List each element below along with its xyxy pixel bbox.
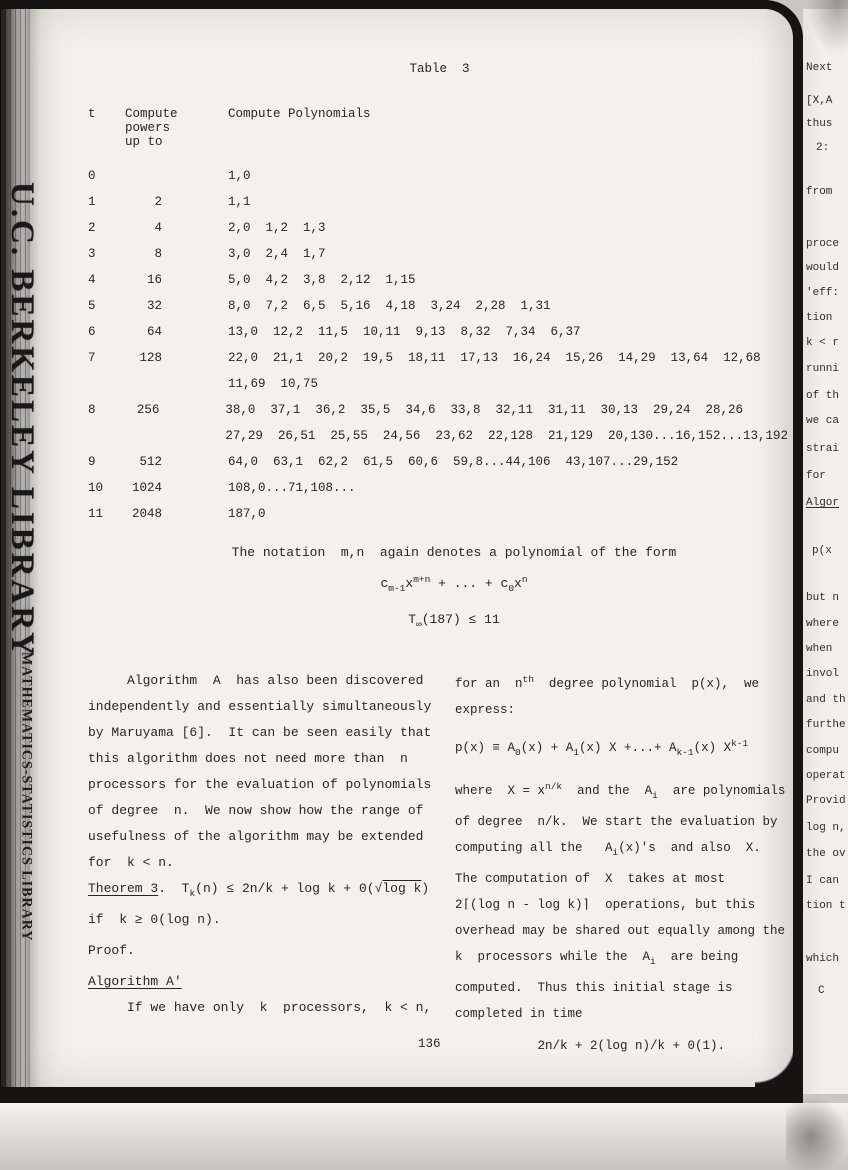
poly-line: 13,0 12,2 11,5 10,11 9,13 8,32 7,34 6,37 <box>228 319 581 345</box>
cell-polynomials: 8,0 7,2 6,5 5,16 4,18 3,24 2,28 1,31 <box>228 293 551 319</box>
cell-t: 6 <box>88 319 122 345</box>
text-line: processors for the evaluation of polynom… <box>88 772 483 798</box>
bottom-black-band <box>0 1087 803 1103</box>
poly-line: 38,0 37,1 36,2 35,5 34,6 33,8 32,11 31,1… <box>225 397 788 423</box>
table-row: 11 2048 187,0 <box>88 501 788 527</box>
cell-polynomials: 187,0 <box>228 501 266 527</box>
cell-polynomials: 5,0 4,2 3,8 2,12 1,15 <box>228 267 416 293</box>
table-row: 3 8 3,0 2,4 1,7 <box>88 241 788 267</box>
next-page-fragment: of th <box>806 390 839 402</box>
cell-t: 5 <box>88 293 122 319</box>
table-row: 4 16 5,0 4,2 3,8 2,12 1,15 <box>88 267 788 293</box>
table-row: 7 128 22,0 21,1 20,2 19,5 18,11 17,13 16… <box>88 345 788 397</box>
cell-polynomials: 3,0 2,4 1,7 <box>228 241 326 267</box>
next-page-fragment: which <box>806 953 839 965</box>
text-line: k processors while the Ai are being <box>455 944 815 975</box>
cell-powers: 4 <box>122 215 162 241</box>
text-line: 2⌈(log n - log k)⌉ operations, but this <box>455 892 815 918</box>
scanned-page: Table 3 t Compute powers up to Compute P… <box>30 9 793 1087</box>
next-page-fragment: I can <box>806 875 839 887</box>
cell-polynomials: 38,0 37,1 36,2 35,5 34,6 33,8 32,11 31,1… <box>225 397 788 449</box>
text-line: usefulness of the algorithm may be exten… <box>88 824 483 850</box>
next-page-fragment: thus <box>806 118 832 130</box>
next-page-fragment: for <box>806 470 826 482</box>
header-line: powers <box>125 121 165 135</box>
right-column: for an nth degree polynomial p(x), we ex… <box>455 667 815 1059</box>
poly-line: 5,0 4,2 3,8 2,12 1,15 <box>228 267 416 293</box>
cell-t: 7 <box>88 345 122 397</box>
next-page-fragment: tion <box>806 312 832 324</box>
cell-powers: 32 <box>122 293 162 319</box>
cell-t: 0 <box>88 163 122 189</box>
next-page-fragment: p(x <box>812 545 832 557</box>
poly-line: 27,29 26,51 25,55 24,56 23,62 22,128 21,… <box>225 423 788 449</box>
next-page-fragment: Provid <box>806 795 846 807</box>
proof-label: Proof. <box>88 938 483 964</box>
text-line: computing all the Ai(x)'s and also X. <box>455 835 815 866</box>
cell-polynomials: 13,0 12,2 11,5 10,11 9,13 8,32 7,34 6,37 <box>228 319 581 345</box>
next-page-fragment: proce <box>806 238 839 250</box>
cell-polynomials: 108,0...71,108... <box>228 475 356 501</box>
next-page-fragment: we ca <box>806 415 839 427</box>
next-page-fragment: would <box>806 262 839 274</box>
cell-polynomials: 2,0 1,2 1,3 <box>228 215 326 241</box>
cell-powers: 128 <box>122 345 162 397</box>
poly-line: 1,0 <box>228 163 251 189</box>
next-page-fragment: runni <box>806 363 839 375</box>
cell-t: 9 <box>88 449 122 475</box>
cell-t: 2 <box>88 215 122 241</box>
poly-line: 108,0...71,108... <box>228 475 356 501</box>
header-compute-polynomials: Compute Polynomials <box>228 107 371 121</box>
powers-table: t Compute powers up to Compute Polynomia… <box>88 107 788 527</box>
next-page-fragment: compu <box>806 745 839 757</box>
table-row: 6 64 13,0 12,2 11,5 10,11 9,13 8,32 7,34… <box>88 319 788 345</box>
text-line: this algorithm does not need more than n <box>88 746 483 772</box>
next-page-fragment: when <box>806 643 832 655</box>
poly-line: 2,0 1,2 1,3 <box>228 215 326 241</box>
poly-line: 1,1 <box>228 189 251 215</box>
next-page-fragment: invol <box>806 668 839 680</box>
table-title: Table 3 <box>58 62 821 76</box>
corner-smudge <box>806 0 848 54</box>
text-line: overhead may be shared out equally among… <box>455 918 815 944</box>
polynomial-form-formula: cm-1xm+n + ... + c0xn <box>115 574 793 594</box>
text-line: express: <box>455 697 815 723</box>
cell-polynomials: 22,0 21,1 20,2 19,5 18,11 17,13 16,24 15… <box>228 345 761 397</box>
text-line: If we have only k processors, k < n, <box>88 995 483 1021</box>
next-page-fragment: tion t <box>806 900 846 912</box>
cell-powers: 2 <box>122 189 162 215</box>
p-of-x-formula: p(x) ≡ A0(x) + A1(x) X +...+ Ak-1(x) Xk-… <box>455 731 815 766</box>
notation-intro: The notation m,n again denotes a polynom… <box>115 545 793 560</box>
cell-polynomials: 64,0 63,1 62,2 61,5 60,6 59,8...44,106 4… <box>228 449 678 475</box>
header-t: t <box>88 107 122 121</box>
page-number: 136 <box>418 1037 441 1051</box>
bottom-smudge <box>786 1096 848 1170</box>
cell-t: 10 <box>88 475 122 501</box>
cell-polynomials: 1,1 <box>228 189 251 215</box>
cell-powers: 2048 <box>122 501 162 527</box>
algorithm-a-prime-heading: Algorithm A' <box>88 969 483 995</box>
next-page-fragment: the ov <box>806 848 846 860</box>
text-line: Algorithm A has also been discovered <box>88 668 483 694</box>
next-page-fragment: operat <box>806 770 846 782</box>
header-compute-powers: Compute powers up to <box>122 107 165 149</box>
poly-line: 11,69 10,75 <box>228 371 761 397</box>
text-line: for an nth degree polynomial p(x), we <box>455 667 815 697</box>
next-page-strip: Next [X,A thus 2: from proce would 'eff:… <box>803 9 848 1094</box>
cell-t: 4 <box>88 267 122 293</box>
cell-powers: 256 <box>121 397 160 449</box>
spine-text-berkeley: U.C. BERKELEY LIBRARY <box>3 182 40 659</box>
notation-block: The notation m,n again denotes a polynom… <box>115 545 793 630</box>
cell-powers: 512 <box>122 449 162 475</box>
text-line: independently and essentially simultaneo… <box>88 694 483 720</box>
t-infinity-bound-formula: T∞(187) ≤ 11 <box>115 612 793 630</box>
next-page-fragment: from <box>806 186 832 198</box>
next-page-fragment: 'eff: <box>806 287 839 299</box>
next-page-fragment: k < r <box>806 337 839 349</box>
next-page-fragment: and th <box>806 694 846 706</box>
cell-powers: 1024 <box>122 475 162 501</box>
next-page-fragment: Next <box>806 62 832 74</box>
next-page-fragment: log n, <box>806 822 846 834</box>
poly-line: 8,0 7,2 6,5 5,16 4,18 3,24 2,28 1,31 <box>228 293 551 319</box>
table-row: 2 4 2,0 1,2 1,3 <box>88 215 788 241</box>
table-row: 9 512 64,0 63,1 62,2 61,5 60,6 59,8...44… <box>88 449 788 475</box>
text-line: for k < n. <box>88 850 483 876</box>
poly-line: 3,0 2,4 1,7 <box>228 241 326 267</box>
text-line: by Maruyama [6]. It can be seen easily t… <box>88 720 483 746</box>
cell-powers: 8 <box>122 241 162 267</box>
next-page-fragment: strai <box>806 443 839 455</box>
table-row: 5 32 8,0 7,2 6,5 5,16 4,18 3,24 2,28 1,3… <box>88 293 788 319</box>
poly-line: 64,0 63,1 62,2 61,5 60,6 59,8...44,106 4… <box>228 449 678 475</box>
text-line: completed in time <box>455 1001 815 1027</box>
cell-powers: 64 <box>122 319 162 345</box>
cell-t: 8 <box>88 397 121 449</box>
table-row: 10 1024 108,0...71,108... <box>88 475 788 501</box>
text-line: of degree n/k. We start the evaluation b… <box>455 809 815 835</box>
table-row: 8 256 38,0 37,1 36,2 35,5 34,6 33,8 32,1… <box>88 397 788 449</box>
scan-background-lower <box>0 1103 848 1170</box>
left-column: Algorithm A has also been discovered ind… <box>88 668 483 1021</box>
poly-line: 22,0 21,1 20,2 19,5 18,11 17,13 16,24 15… <box>228 345 761 371</box>
gutter-flare <box>755 1043 793 1087</box>
next-page-fragment: where <box>806 618 839 630</box>
text-line: computed. Thus this initial stage is <box>455 975 815 1001</box>
cell-t: 3 <box>88 241 122 267</box>
header-line: up to <box>125 135 165 149</box>
table-row: 1 2 1,1 <box>88 189 788 215</box>
spine-text-math-stats: MATHEMATICS-STATISTICS LIBRARY <box>17 652 34 941</box>
text-line: where X = xn/k and the Ai are polynomial… <box>455 774 815 809</box>
cell-t: 1 <box>88 189 122 215</box>
book-scan: U.C. BERKELEY LIBRARY MATHEMATICS-STATIS… <box>0 0 848 1170</box>
cell-t: 11 <box>88 501 122 527</box>
cell-powers: 16 <box>122 267 162 293</box>
table-header: t Compute powers up to Compute Polynomia… <box>88 107 788 149</box>
cell-powers <box>122 163 162 189</box>
text-line: if k ≥ 0(log n). <box>88 907 483 933</box>
next-page-fragment: but n <box>806 592 839 604</box>
text-line: The computation of X takes at most <box>455 866 815 892</box>
theorem-3-line: Theorem 3. Tk(n) ≤ 2n/k + log k + 0(√log… <box>88 876 483 907</box>
next-page-fragment: C <box>818 985 825 997</box>
next-page-fragment: Algor <box>806 497 839 509</box>
next-page-fragment: 2: <box>816 142 829 154</box>
table-row: 0 1,0 <box>88 163 788 189</box>
poly-line: 187,0 <box>228 501 266 527</box>
next-page-fragment: [X,A <box>806 95 832 107</box>
header-line: Compute <box>125 107 165 121</box>
text-line: of degree n. We now show how the range o… <box>88 798 483 824</box>
cell-polynomials: 1,0 <box>228 163 251 189</box>
next-page-fragment: furthe <box>806 719 846 731</box>
